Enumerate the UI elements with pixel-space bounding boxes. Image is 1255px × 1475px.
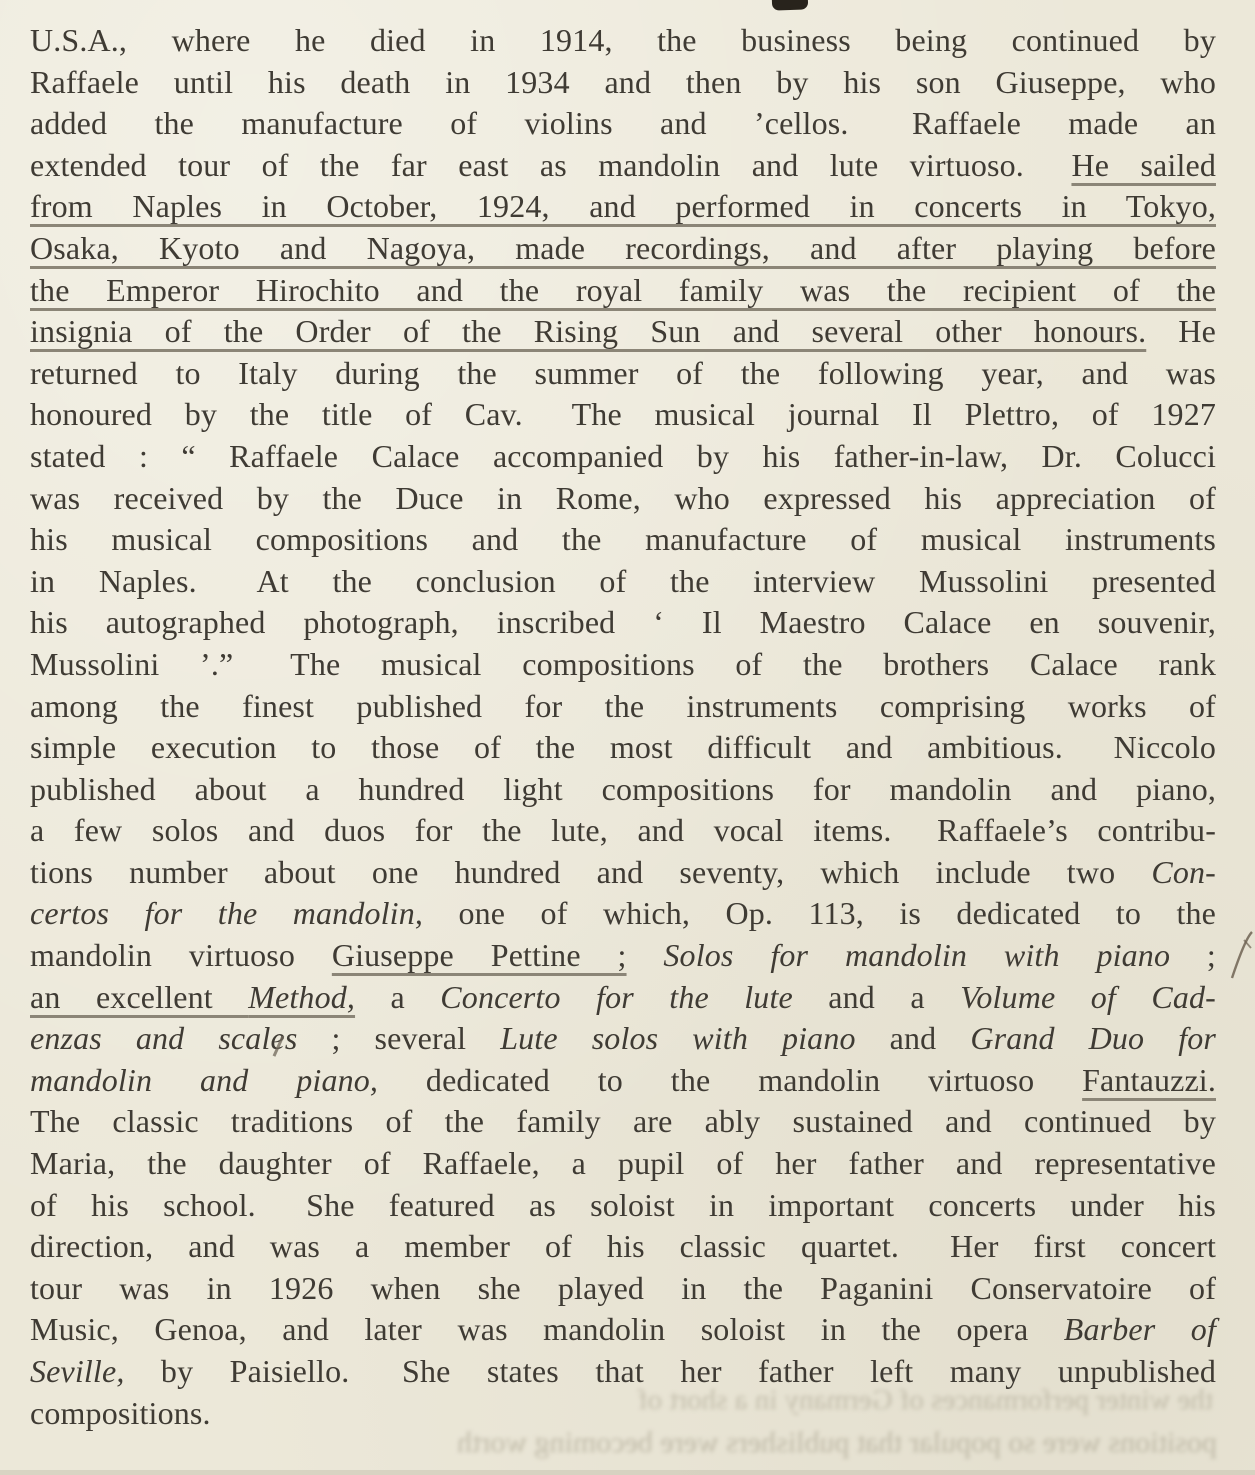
text-line: Mussolini ’.” The musical compositions o… bbox=[30, 644, 1216, 686]
text-line: compositions. bbox=[30, 1393, 1216, 1435]
body-text: by Paisiello. She states that her father… bbox=[124, 1353, 1216, 1389]
text-line: published about a hundred light composit… bbox=[30, 769, 1216, 811]
book-page: the winter performances of Germany in a … bbox=[0, 0, 1255, 1475]
italic-title-text: Lute solos with piano bbox=[500, 1020, 855, 1056]
body-text: and a bbox=[793, 979, 960, 1015]
body-text: his musical compositions and the manufac… bbox=[30, 521, 1216, 557]
text-line: the Emperor Hirochito and the royal fami… bbox=[30, 270, 1216, 312]
body-text: of his school. She featured as soloist i… bbox=[30, 1187, 1216, 1223]
body-text: ; bbox=[1170, 937, 1216, 973]
pen-underlined-text: insignia of the Order of the Rising Sun … bbox=[30, 313, 1146, 349]
text-line: The classic traditions of the family are… bbox=[30, 1101, 1216, 1143]
body-text: published about a hundred light composit… bbox=[30, 771, 1216, 807]
text-line: enzas and scales ; several Lute solos wi… bbox=[30, 1018, 1216, 1060]
text-line: honoured by the title of Cav. The musica… bbox=[30, 394, 1216, 436]
body-text: Maria, the daughter of Raffaele, a pupil… bbox=[30, 1145, 1216, 1181]
text-line: certos for the mandolin, one of which, O… bbox=[30, 893, 1216, 935]
text-line: an excellent Method, a Concerto for the … bbox=[30, 977, 1216, 1019]
body-text: among the finest published for the instr… bbox=[30, 688, 1216, 724]
italic-title-text: certos for the mandolin, bbox=[30, 895, 423, 931]
text-line: Seville, by Paisiello. She states that h… bbox=[30, 1351, 1216, 1393]
text-line: added the manufacture of violins and ’ce… bbox=[30, 103, 1216, 145]
italic-title-text: Con- bbox=[1151, 854, 1216, 890]
text-line: among the finest published for the instr… bbox=[30, 686, 1216, 728]
body-text: mandolin virtuoso bbox=[30, 937, 332, 973]
italic-title-text: mandolin and piano, bbox=[30, 1062, 378, 1098]
pen-underlined-text: an excellent bbox=[30, 979, 248, 1015]
body-text: direction, and was a member of his class… bbox=[30, 1228, 1216, 1264]
pen-underlined-text: Osaka, Kyoto and Nagoya, made recordings… bbox=[30, 230, 1216, 266]
body-text: dedicated to the mandolin virtuoso bbox=[378, 1062, 1082, 1098]
text-line: extended tour of the far east as mandoli… bbox=[30, 145, 1216, 187]
pen-underlined-text: the Emperor Hirochito and the royal fami… bbox=[30, 272, 1216, 308]
pen-margin-mark bbox=[1224, 926, 1255, 990]
italic-title-text: Concerto for the lute bbox=[440, 979, 793, 1015]
text-line: mandolin and piano, dedicated to the man… bbox=[30, 1060, 1216, 1102]
body-text: was received by the Duce in Rome, who ex… bbox=[30, 480, 1216, 516]
text-line: in Naples. At the conclusion of the inte… bbox=[30, 561, 1216, 603]
italic-title-text: Grand Duo for bbox=[970, 1020, 1216, 1056]
text-column: U.S.A., where he died in 1914, the busin… bbox=[30, 20, 1216, 1434]
body-text: The classic traditions of the family are… bbox=[30, 1103, 1216, 1139]
body-text: added the manufacture of violins and ’ce… bbox=[30, 105, 1216, 141]
body-text: a few solos and duos for the lute, and v… bbox=[30, 812, 1216, 848]
pen-underlined-text: Fantauzzi. bbox=[1082, 1062, 1216, 1098]
body-text: extended tour of the far east as mandoli… bbox=[30, 147, 1071, 183]
text-line: U.S.A., where he died in 1914, the busin… bbox=[30, 20, 1216, 62]
body-text: one of which, Op. 113, is dedicated to t… bbox=[423, 895, 1216, 931]
body-text: and bbox=[856, 1020, 971, 1056]
body-text bbox=[627, 937, 664, 973]
text-line: Maria, the daughter of Raffaele, a pupil… bbox=[30, 1143, 1216, 1185]
body-text: ; several bbox=[297, 1020, 500, 1056]
body-text: U.S.A., where he died in 1914, the busin… bbox=[30, 22, 1216, 58]
text-line: his autographed photograph, inscribed ‘ … bbox=[30, 602, 1216, 644]
pen-underlined-text: Giuseppe Pettine ; bbox=[332, 937, 627, 973]
body-text: tour was in 1926 when she played in the … bbox=[30, 1270, 1216, 1306]
text-line: tour was in 1926 when she played in the … bbox=[30, 1268, 1216, 1310]
body-text: stated : “ Raffaele Calace accompanied b… bbox=[30, 438, 1216, 474]
text-line: insignia of the Order of the Rising Sun … bbox=[30, 311, 1216, 353]
italic-title-text: Volume of Cad- bbox=[960, 979, 1216, 1015]
body-text: his autographed photograph, inscribed ‘ … bbox=[30, 604, 1216, 640]
text-line: Music, Genoa, and later was mandolin sol… bbox=[30, 1309, 1216, 1351]
body-text: tions number about one hundred and seven… bbox=[30, 854, 1151, 890]
text-line: returned to Italy during the summer of t… bbox=[30, 353, 1216, 395]
italic-title-text: Solos for mandolin with piano bbox=[663, 937, 1170, 973]
pen-underlined-text: Method, bbox=[248, 979, 355, 1015]
text-line: Osaka, Kyoto and Nagoya, made recordings… bbox=[30, 228, 1216, 270]
text-line: his musical compositions and the manufac… bbox=[30, 519, 1216, 561]
text-line: tions number about one hundred and seven… bbox=[30, 852, 1216, 894]
pen-underlined-text: from Naples in October, 1924, and perfor… bbox=[30, 188, 1216, 224]
pen-underlined-text: He sailed bbox=[1071, 147, 1216, 183]
text-line: of his school. She featured as soloist i… bbox=[30, 1185, 1216, 1227]
text-line: from Naples in October, 1924, and perfor… bbox=[30, 186, 1216, 228]
text-line: a few solos and duos for the lute, and v… bbox=[30, 810, 1216, 852]
ink-smudge-artifact bbox=[772, 0, 808, 11]
italic-title-text: Barber of bbox=[1064, 1311, 1216, 1347]
text-line: direction, and was a member of his class… bbox=[30, 1226, 1216, 1268]
text-line: stated : “ Raffaele Calace accompanied b… bbox=[30, 436, 1216, 478]
italic-title-text: enzas and scales bbox=[30, 1020, 297, 1056]
body-text: Mussolini ’.” The musical compositions o… bbox=[30, 646, 1216, 682]
body-text: a bbox=[355, 979, 440, 1015]
body-text: Music, Genoa, and later was mandolin sol… bbox=[30, 1311, 1064, 1347]
italic-title-text: Seville, bbox=[30, 1353, 124, 1389]
text-line: simple execution to those of the most di… bbox=[30, 727, 1216, 769]
body-text: simple execution to those of the most di… bbox=[30, 729, 1216, 765]
text-line: was received by the Duce in Rome, who ex… bbox=[30, 478, 1216, 520]
body-text: in Naples. At the conclusion of the inte… bbox=[30, 563, 1216, 599]
scan-edge-shadow bbox=[0, 1470, 1255, 1475]
body-text: honoured by the title of Cav. The musica… bbox=[30, 396, 1216, 432]
body-text: He bbox=[1146, 313, 1216, 349]
body-text: Raffaele until his death in 1934 and the… bbox=[30, 64, 1216, 100]
body-text: returned to Italy during the summer of t… bbox=[30, 355, 1216, 391]
text-line: Raffaele until his death in 1934 and the… bbox=[30, 62, 1216, 104]
body-text: compositions. bbox=[30, 1395, 211, 1431]
text-line: mandolin virtuoso Giuseppe Pettine ; Sol… bbox=[30, 935, 1216, 977]
